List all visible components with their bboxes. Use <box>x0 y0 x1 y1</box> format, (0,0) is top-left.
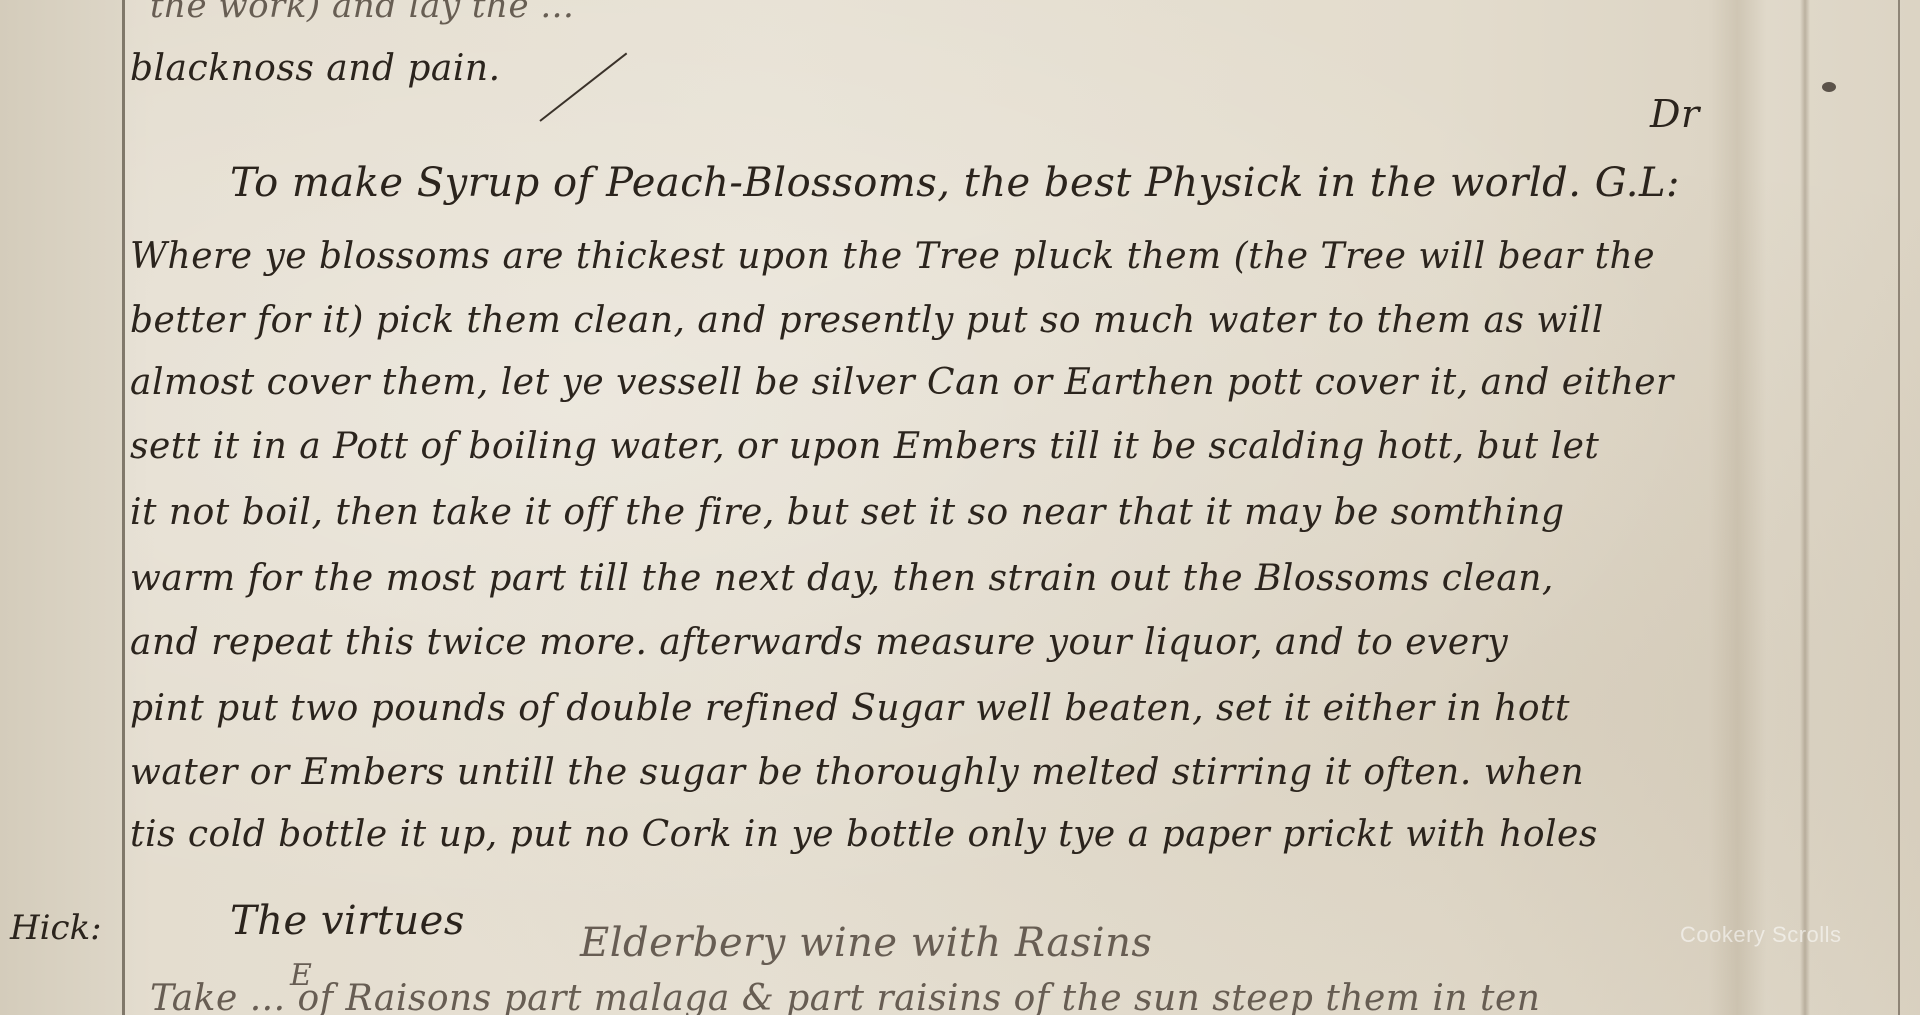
page-gutter <box>1800 0 1810 1015</box>
recipe-line-10: tis cold bottle it up, put no Cork in ye… <box>130 814 1598 855</box>
recipe-line-2: better for it) pick them clean, and pres… <box>130 300 1604 341</box>
line-blackness: blacknoss and pain. <box>130 48 501 89</box>
recipe-line-9: water or Embers untill the sugar be thor… <box>130 752 1584 793</box>
pen-stroke <box>539 52 627 121</box>
attribution-superscript: Dr <box>1650 92 1700 136</box>
manuscript-page: the work) and lay the ... blacknoss and … <box>0 0 1920 1015</box>
recipe-line-3: almost cover them, let ye vessell be sil… <box>130 362 1674 403</box>
left-margin <box>0 0 122 1015</box>
recipe-line-4: sett it in a Pott of boiling water, or u… <box>130 426 1599 467</box>
watermark: Cookery Scrolls <box>1680 922 1842 948</box>
recipe-line-1: Where ye blossoms are thickest upon the … <box>130 236 1655 277</box>
recipe-line-6: warm for the most part till the next day… <box>130 558 1554 599</box>
top-fragment-line: the work) and lay the ... <box>150 0 574 26</box>
ink-blot <box>1822 82 1836 92</box>
recipe-title: To make Syrup of Peach-Blossoms, the bes… <box>230 160 1680 206</box>
recipe-line-8: pint put two pounds of double refined Su… <box>130 688 1570 729</box>
recipe-line-5: it not boil, then take it off the fire, … <box>130 492 1565 533</box>
left-margin-rule <box>122 0 125 1015</box>
margin-note-hick: Hick: <box>10 908 102 948</box>
recipe-line-7: and repeat this twice more. afterwards m… <box>130 622 1508 663</box>
elderberry-subtitle: Elderbery wine with Rasins <box>580 920 1152 966</box>
recipe-line-elderberry: Take ... of Raisons part malaga & part r… <box>150 978 1540 1015</box>
virtues-heading: The virtues <box>230 898 465 944</box>
right-page-rule <box>1898 0 1900 1015</box>
